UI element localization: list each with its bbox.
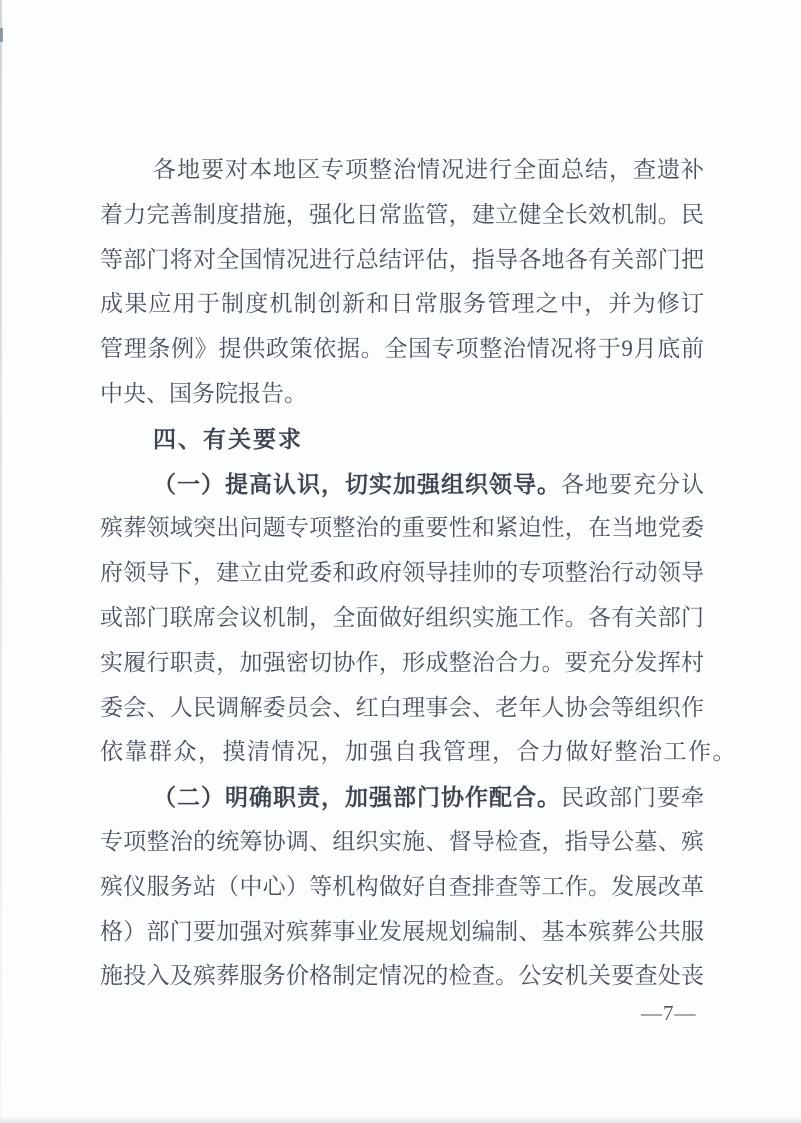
paragraph-line: 格）部门要加强对殡葬事业发展规划编制、基本殡葬公共服务设 (100, 910, 704, 955)
bold-lead-text: （一）提高认识，切实加强组织领导。 (153, 471, 561, 497)
scan-edge-artifact-notch (0, 28, 3, 42)
paragraph-line: 依靠群众，摸清情况，加强自我管理，合力做好整治工作。 (100, 730, 704, 775)
paragraph-line: 管理条例》提供政策依据。全国专项整治情况将于9月底前向党 (100, 327, 704, 372)
paragraph-line: 着力完善制度措施，强化日常监管，建立健全长效机制。民政部 (100, 193, 704, 238)
paragraph-line: 专项整治的统筹协调、组织实施、督导检查，指导公墓、殡仪馆、 (100, 820, 704, 865)
scan-edge-artifact-bottom (0, 1116, 801, 1123)
bold-lead-text: （二）明确职责，加强部门协作配合。 (153, 784, 561, 810)
paragraph-line: 府领导下，建立由党委和政府领导挂帅的专项整治行动领导小组 (100, 551, 704, 596)
paragraph-line: 成果应用于制度机制创新和日常服务管理之中，并为修订《殡葬 (100, 282, 704, 327)
document-page: 各地要对本地区专项整治情况进行全面总结，查遗补缺， 着力完善制度措施，强化日常监… (0, 0, 801, 1123)
paragraph-line: 施投入及殡葬服务价格制定情况的检查。公安机关要查处丧事活 (100, 954, 704, 999)
document-body: 各地要对本地区专项整治情况进行全面总结，查遗补缺， 着力完善制度措施，强化日常监… (100, 148, 704, 999)
page-number: —7— (641, 1001, 697, 1026)
paragraph-line: 殡葬领域突出问题专项整治的重要性和紧迫性，在当地党委和政 (100, 506, 704, 551)
paragraph-line: 等部门将对全国情况进行总结评估，指导各地各有关部门把整治 (100, 238, 704, 283)
paragraph-line: （一）提高认识，切实加强组织领导。各地要充分认识开展 (100, 462, 704, 507)
section-heading: 四、有关要求 (100, 417, 704, 462)
paragraph-line: 实履行职责，加强密切协作，形成整治合力。要充分发挥村（居） (100, 641, 704, 686)
paragraph-line: 或部门联席会议机制，全面做好组织实施工作。各有关部门要切 (100, 596, 704, 641)
paragraph-line: 委会、人民调解委员会、红白理事会、老年人协会等组织作用， (100, 686, 704, 731)
paragraph-line: 中央、国务院报告。 (100, 372, 704, 417)
scan-edge-artifact-left (0, 0, 2, 1123)
paragraph-line: 殡仪服务站（中心）等机构做好自查排查等工作。发展改革（价 (100, 865, 704, 910)
paragraph-line: （二）明确职责，加强部门协作配合。民政部门要牵头做好 (100, 775, 704, 820)
paragraph-line: 各地要对本地区专项整治情况进行全面总结，查遗补缺， (100, 148, 704, 193)
